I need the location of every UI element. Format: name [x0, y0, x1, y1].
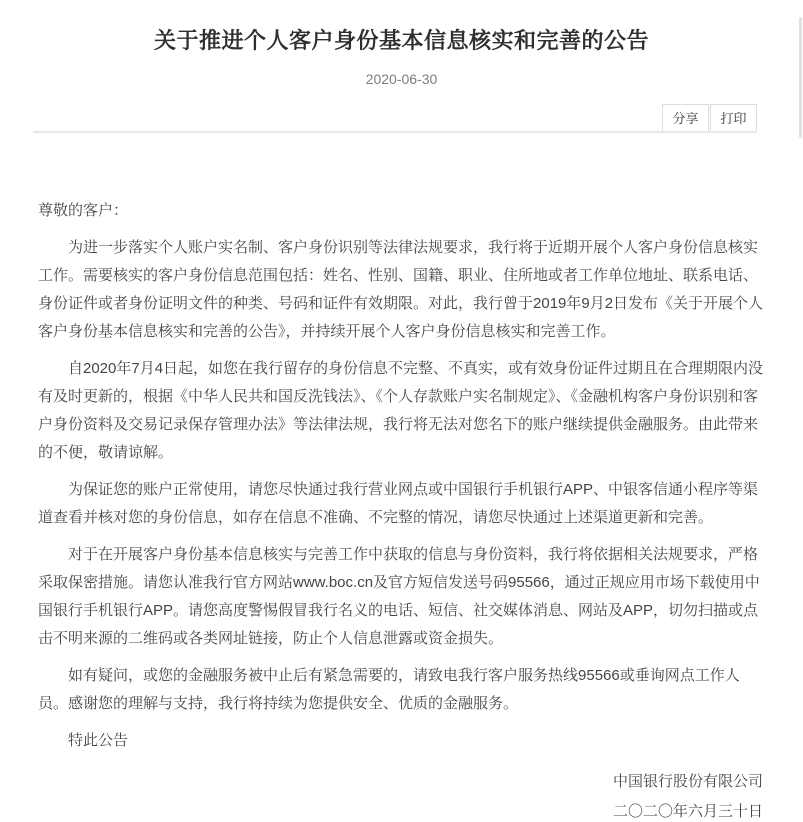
scrollbar-thumb[interactable] [799, 17, 802, 138]
paragraph: 为保证您的账户正常使用，请您尽快通过我行营业网点或中国银行手机银行APP、中银客… [38, 476, 765, 532]
share-button[interactable]: 分享 [662, 104, 709, 133]
page-title: 关于推进个人客户身份基本信息核实和完善的公告 [0, 24, 803, 55]
salutation: 尊敬的客户： [38, 197, 765, 225]
paragraph: 自2020年7月4日起，如您在我行留存的身份信息不完整、不真实，或有效身份证件过… [38, 355, 765, 467]
signature-company: 中国银行股份有限公司 [0, 767, 763, 797]
paragraph: 为进一步落实个人账户实名制、客户身份识别等法律法规要求，我行将于近期开展个人客户… [38, 234, 765, 346]
paragraph: 对于在开展客户身份基本信息核实与完善工作中获取的信息与身份资料，我行将依据相关法… [38, 541, 765, 653]
announcement-page: 关于推进个人客户身份基本信息核实和完善的公告 2020-06-30 分享 打印 … [0, 0, 803, 822]
announcement-header: 关于推进个人客户身份基本信息核实和完善的公告 2020-06-30 分享 打印 [0, 0, 803, 133]
print-button[interactable]: 打印 [710, 104, 757, 133]
paragraph: 如有疑问，或您的金融服务被中止后有紧急需要的，请致电我行客户服务热线95566或… [38, 662, 765, 718]
signature-date: 二〇二〇年六月三十日 [0, 797, 763, 822]
closing-line: 特此公告 [38, 727, 765, 755]
announcement-body: 尊敬的客户： 为进一步落实个人账户实名制、客户身份识别等法律法规要求，我行将于近… [0, 133, 803, 755]
toolbar: 分享 打印 [661, 104, 757, 133]
signature-block: 中国银行股份有限公司 二〇二〇年六月三十日 [0, 767, 803, 822]
publish-date: 2020-06-30 [0, 71, 803, 87]
header-divider [33, 131, 757, 133]
